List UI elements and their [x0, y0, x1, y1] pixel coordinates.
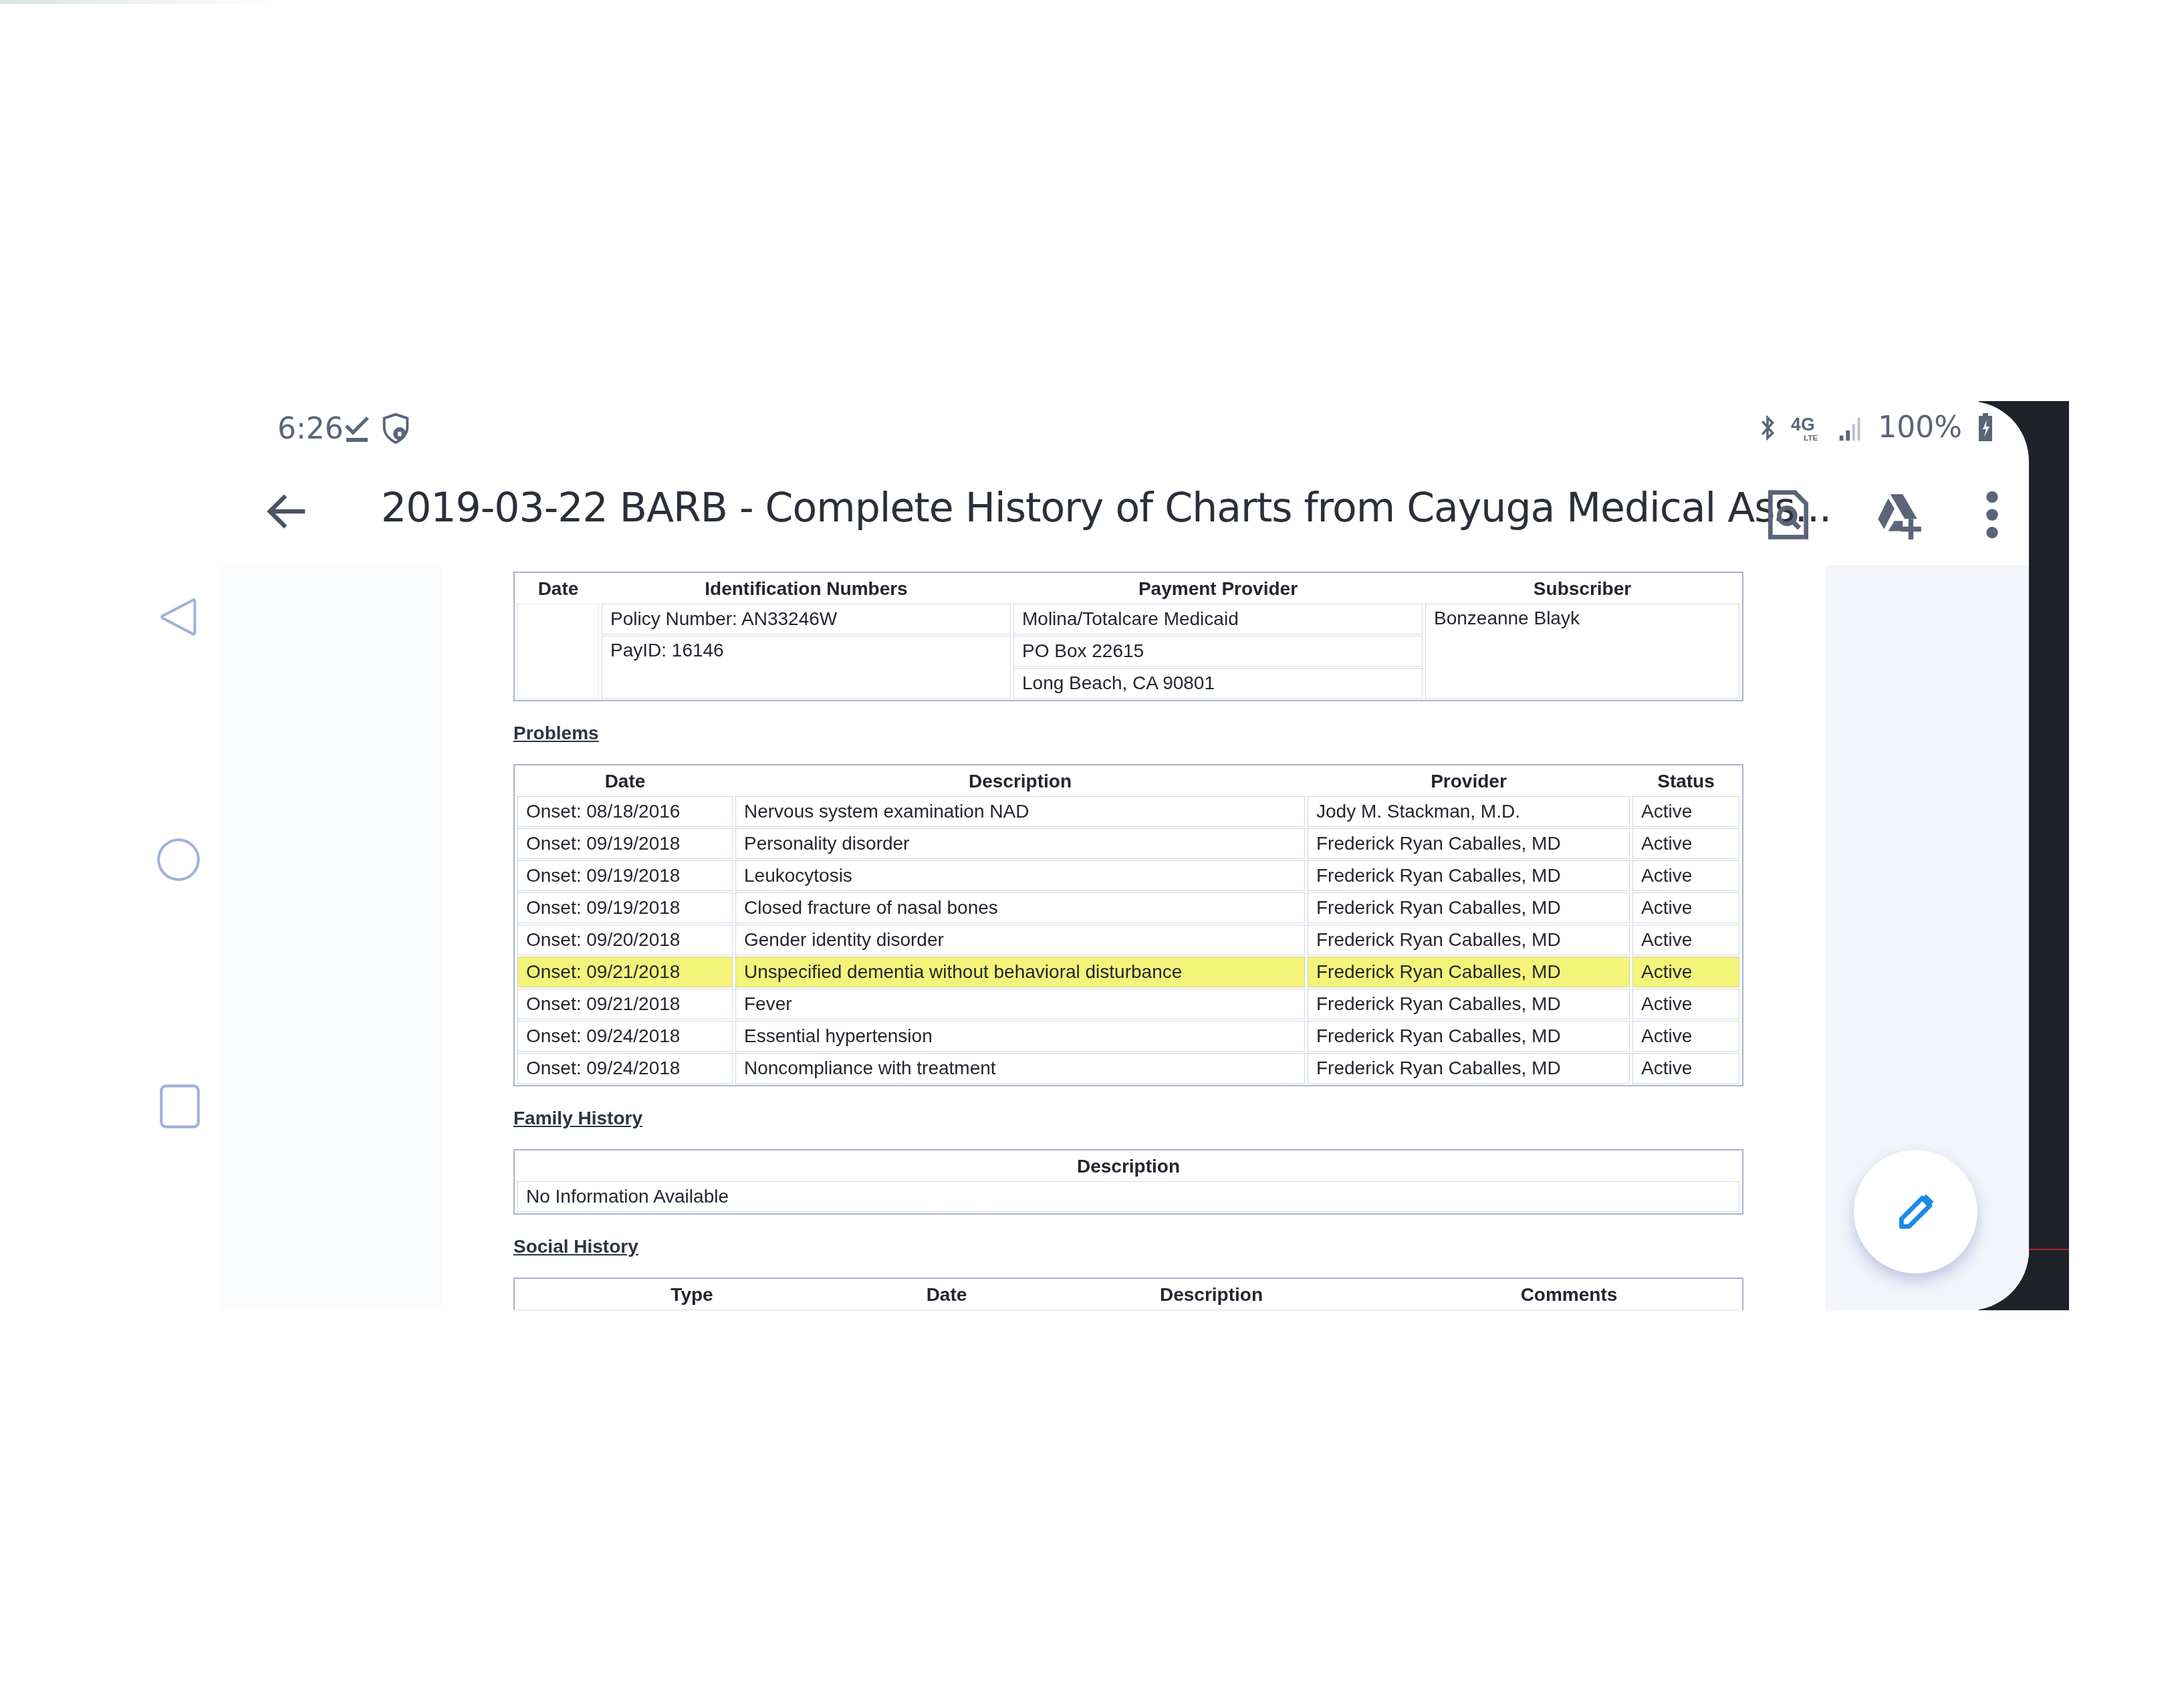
problem-date: Onset: 09/24/2018 [517, 1053, 733, 1084]
problem-provider: Frederick Ryan Caballes, MD [1308, 828, 1630, 859]
insurance-table: Date Identification Numbers Payment Prov… [513, 572, 1743, 701]
problem-date: Onset: 09/19/2018 [517, 892, 733, 923]
problems-header-description: Description [735, 767, 1305, 795]
header-identification: Identification Numbers [602, 574, 1011, 602]
problem-provider: Frederick Ryan Caballes, MD [1308, 989, 1630, 1019]
header-subscriber: Subscriber [1425, 574, 1739, 602]
problem-date: Onset: 08/18/2016 [517, 796, 733, 827]
add-to-drive-icon[interactable] [1872, 488, 1925, 541]
problem-date: Onset: 09/21/2018 [517, 989, 733, 1019]
battery-percent: 100% [1878, 410, 1962, 445]
problem-date: Onset: 09/19/2018 [517, 828, 733, 859]
problem-description: Personality disorder [735, 828, 1305, 859]
problem-description: Fever [735, 989, 1305, 1019]
payment-provider-name: Molina/Totalcare Medicaid [1013, 604, 1423, 634]
problem-provider: Frederick Ryan Caballes, MD [1308, 1021, 1630, 1052]
header-payment-provider: Payment Provider [1013, 574, 1423, 602]
back-arrow-icon[interactable] [264, 488, 311, 535]
download-done-icon [341, 412, 373, 445]
problem-provider: Frederick Ryan Caballes, MD [1308, 1053, 1630, 1084]
battery-charging-icon [1975, 412, 1995, 444]
edit-fab-button[interactable] [1854, 1150, 1977, 1273]
problem-row: Onset: 09/21/2018Unspecified dementia wi… [517, 957, 1739, 987]
recents-square-icon[interactable] [158, 1083, 202, 1130]
problem-status: Active [1632, 828, 1739, 859]
navigation-bar [221, 562, 441, 1310]
svg-text:4G: 4G [1791, 414, 1815, 434]
problem-row: Onset: 09/19/2018Personality disorderFre… [517, 828, 1739, 859]
problem-date: Onset: 09/21/2018 [517, 957, 733, 987]
problem-row: Onset: 09/24/2018Essential hypertensionF… [517, 1021, 1739, 1052]
social-header-date: Date [869, 1280, 1024, 1308]
problem-row: Onset: 08/18/2016Nervous system examinat… [517, 796, 1739, 827]
problem-row: Onset: 09/21/2018FeverFrederick Ryan Cab… [517, 989, 1739, 1019]
problem-row: Onset: 09/19/2018LeukocytosisFrederick R… [517, 860, 1739, 891]
family-header-description: Description [517, 1152, 1739, 1180]
family-history-row: No Information Available [517, 1181, 1739, 1212]
problems-title: Problems [513, 723, 1743, 744]
problems-header-provider: Provider [1308, 767, 1630, 795]
problem-provider: Frederick Ryan Caballes, MD [1308, 892, 1630, 923]
scan-artifact-line [2026, 1249, 2069, 1250]
problem-description: Gender identity disorder [735, 925, 1305, 955]
bluetooth-icon [1757, 412, 1778, 443]
problem-description: Noncompliance with treatment [735, 1053, 1305, 1084]
problems-header-status: Status [1632, 767, 1739, 795]
phone-screen: 6:26 4GLTE 100% 2019-03-22 BARB - Comple… [221, 401, 2029, 1310]
problem-provider: Frederick Ryan Caballes, MD [1308, 860, 1630, 891]
problem-description: Leukocytosis [735, 860, 1305, 891]
subscriber-name: Bonzeanne Blayk [1425, 604, 1739, 699]
insurance-date [517, 604, 599, 699]
problem-status: Active [1632, 989, 1739, 1019]
status-bar: 6:26 4GLTE 100% [221, 401, 2029, 455]
problem-provider: Frederick Ryan Caballes, MD [1308, 925, 1630, 955]
document-content: Date Identification Numbers Payment Prov… [513, 572, 1743, 1310]
problem-description: Essential hypertension [735, 1021, 1305, 1052]
social-history-table: Type Date Description Comments Birth Sex… [513, 1278, 1743, 1310]
find-in-file-icon[interactable] [1765, 488, 1812, 541]
social-header-description: Description [1027, 1280, 1396, 1308]
social-header-comments: Comments [1399, 1280, 1739, 1308]
problem-provider: Jody M. Stackman, M.D. [1308, 796, 1630, 827]
pay-id: PayID: 16146 [602, 636, 1011, 699]
family-history-title: Family History [513, 1108, 1743, 1129]
family-history-table: Description No Information Available [513, 1149, 1743, 1215]
home-circle-icon[interactable] [156, 837, 201, 882]
social-date [869, 1310, 1024, 1310]
svg-text:LTE: LTE [1804, 435, 1818, 443]
problem-status: Active [1632, 1053, 1739, 1084]
problem-status: Active [1632, 925, 1739, 955]
problem-date: Onset: 09/19/2018 [517, 860, 733, 891]
problem-row: Onset: 09/24/2018Noncompliance with trea… [517, 1053, 1739, 1084]
document-title: 2019-03-22 BARB - Complete History of Ch… [381, 485, 1831, 531]
shield-lock-icon [380, 412, 412, 445]
back-triangle-icon[interactable] [157, 594, 199, 640]
problems-table: Date Description Provider Status Onset: … [513, 764, 1743, 1086]
problem-row: Onset: 09/19/2018Closed fracture of nasa… [517, 892, 1739, 923]
scan-artifact [0, 0, 281, 4]
4g-lte-icon: 4GLTE [1791, 412, 1824, 443]
signal-icon [1838, 412, 1864, 443]
social-type: Birth Sex [517, 1310, 866, 1310]
problem-description: Closed fracture of nasal bones [735, 892, 1305, 923]
social-history-title: Social History [513, 1236, 1743, 1257]
problem-description: Unspecified dementia without behavioral … [735, 957, 1305, 987]
payment-provider-address: PO Box 22615 [1013, 636, 1423, 666]
more-vert-icon[interactable] [1982, 488, 2002, 541]
problem-status: Active [1632, 892, 1739, 923]
header-date: Date [517, 574, 599, 602]
policy-number: Policy Number: AN33246W [602, 604, 1011, 634]
problem-status: Active [1632, 860, 1739, 891]
problem-status: Active [1632, 957, 1739, 987]
social-header-type: Type [517, 1280, 866, 1308]
problems-header-date: Date [517, 767, 733, 795]
payment-provider-city: Long Beach, CA 90801 [1013, 668, 1423, 699]
problem-status: Active [1632, 1021, 1739, 1052]
problem-status: Active [1632, 796, 1739, 827]
social-description: Unknown [1027, 1310, 1396, 1310]
problem-row: Onset: 09/20/2018Gender identity disorde… [517, 925, 1739, 955]
pencil-icon [1894, 1189, 1939, 1234]
problem-date: Onset: 09/20/2018 [517, 925, 733, 955]
problem-description: Nervous system examination NAD [735, 796, 1305, 827]
problem-date: Onset: 09/24/2018 [517, 1021, 733, 1052]
app-bar: 2019-03-22 BARB - Complete History of Ch… [221, 468, 2029, 562]
status-time: 6:26 [277, 412, 344, 446]
problem-provider: Frederick Ryan Caballes, MD [1308, 957, 1630, 987]
social-comments [1399, 1310, 1739, 1310]
